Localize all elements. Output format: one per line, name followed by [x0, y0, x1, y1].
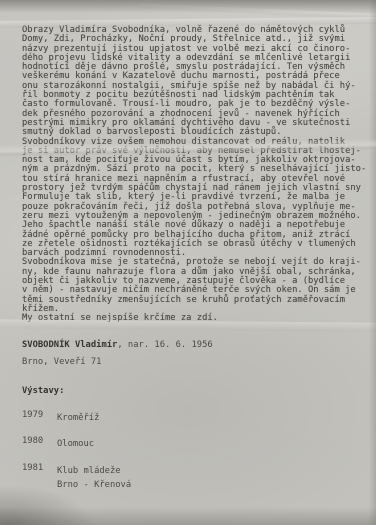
exhibition-venue: Olomouc: [57, 437, 94, 451]
exhibition-venue-line1: Klub mládeže: [57, 466, 121, 476]
exhibition-row: 1979 Kroměříž: [22, 411, 131, 425]
paper-crease: [140, 4, 376, 22]
exhibition-row: 1980 Olomouc: [22, 437, 131, 451]
exhibitions-heading: Výstavy:: [22, 387, 64, 396]
birth-date: , nar. 16. 6. 1956: [117, 340, 212, 350]
exhibition-venue-line2: Brno - Křenová: [57, 480, 131, 490]
essay-text: Obrazy Vladimíra Svobodníka, volně řazen…: [22, 26, 366, 324]
address-line: Brno, Veveří 71: [22, 358, 101, 367]
scan-shadow-right: [369, 0, 376, 525]
exhibition-venue: Klub mládeže Brno - Křenová: [57, 464, 131, 492]
exhibition-row: 1981 Klub mládeže Brno - Křenová: [22, 464, 131, 492]
exhibition-year: 1981: [22, 464, 57, 492]
bio-line: SVOBODNÍK Vladimír, nar. 16. 6. 1956: [22, 341, 213, 350]
exhibition-venue: Kroměříž: [57, 411, 99, 425]
exhibitions-list: 1979 Kroměříž 1980 Olomouc 1981 Klub mlá…: [22, 411, 131, 504]
person-name: SVOBODNÍK Vladimír: [22, 340, 117, 350]
exhibition-year: 1979: [22, 411, 57, 425]
exhibition-year: 1980: [22, 437, 57, 451]
scan-shadow-bottom: [0, 507, 376, 525]
scanned-document-page: Obrazy Vladimíra Svobodníka, volně řazen…: [0, 0, 376, 525]
scan-shadow-top: [0, 0, 376, 13]
